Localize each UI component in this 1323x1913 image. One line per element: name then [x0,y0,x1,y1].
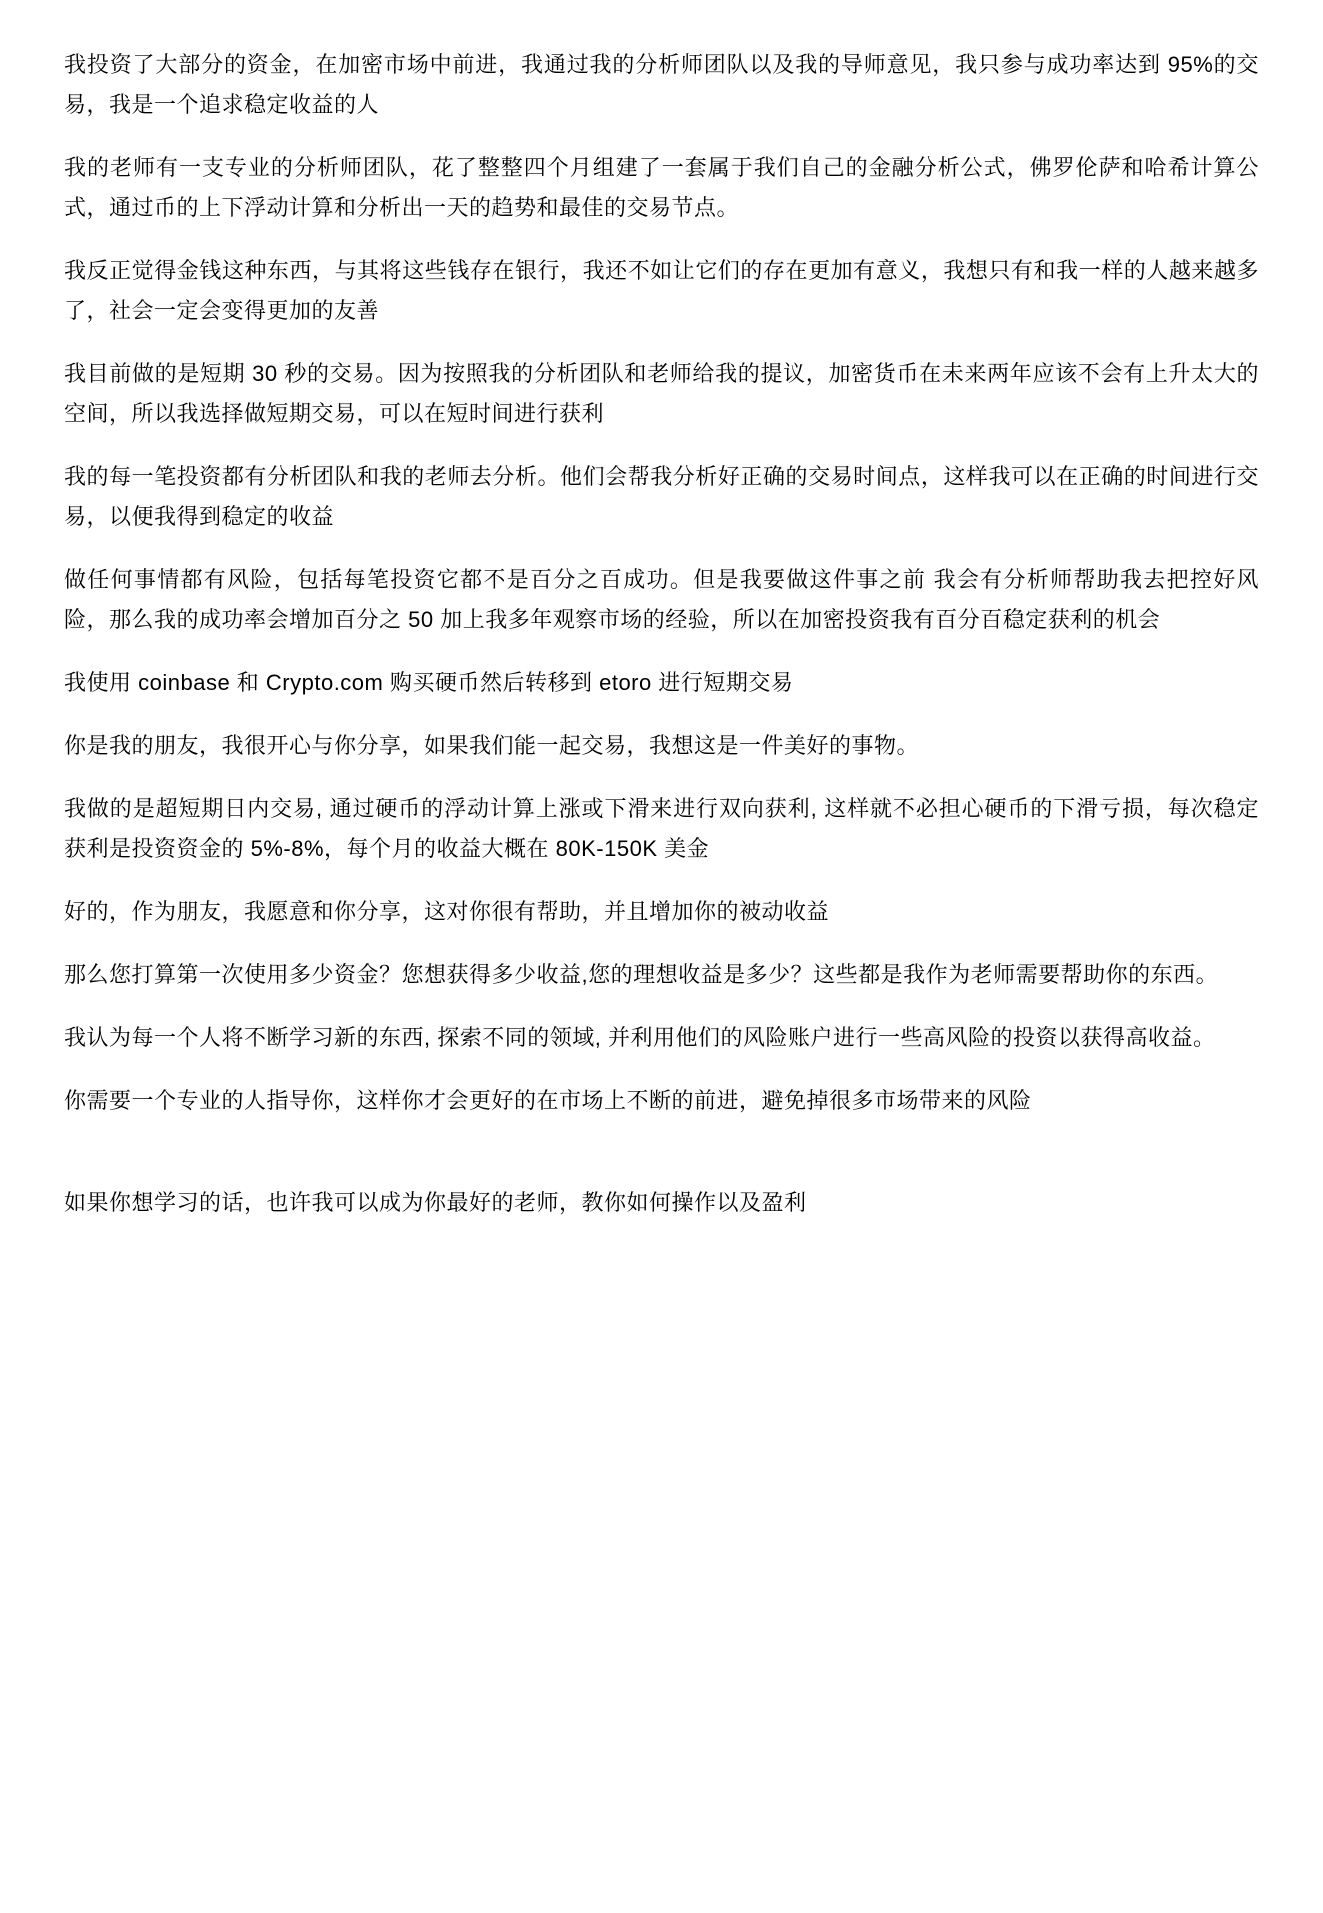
paragraph-investment-intro: 我投资了大部分的资金，在加密市场中前进，我通过我的分析师团队以及我的导师意见，我… [64,45,1259,125]
paragraph-intraday-profit: 我做的是超短期日内交易, 通过硬币的浮动计算上涨或下滑来进行双向获利, 这样就不… [64,789,1259,869]
paragraph-teacher-analyst-team: 我的老师有一支专业的分析师团队，花了整整四个月组建了一套属于我们自己的金融分析公… [64,148,1259,228]
paragraph-analysis-per-investment: 我的每一笔投资都有分析团队和我的老师去分析。他们会帮我分析好正确的交易时间点，这… [64,457,1259,537]
paragraph-willing-to-share: 好的，作为朋友，我愿意和你分享，这对你很有帮助，并且增加你的被动收益 [64,892,1259,932]
paragraph-risk-control: 做任何事情都有风险，包括每笔投资它都不是百分之百成功。但是我要做这件事之前 我会… [64,560,1259,640]
paragraph-funding-question: 那么您打算第一次使用多少资金？您想获得多少收益,您的理想收益是多少？这些都是我作… [64,955,1259,995]
paragraph-offer-to-teach: 如果你想学习的话，也许我可以成为你最好的老师，教你如何操作以及盈利 [64,1183,1259,1223]
paragraph-learning-new-things: 我认为每一个人将不断学习新的东西, 探索不同的领域, 并利用他们的风险账户进行一… [64,1018,1259,1058]
paragraph-need-professional-guide: 你需要一个专业的人指导你，这样你才会更好的在市场上不断的前进，避免掉很多市场带来… [64,1081,1259,1121]
paragraph-money-philosophy: 我反正觉得金钱这种东西，与其将这些钱存在银行，我还不如让它们的存在更加有意义，我… [64,251,1259,331]
document-page: 我投资了大部分的资金，在加密市场中前进，我通过我的分析师团队以及我的导师意见，我… [0,0,1323,1913]
paragraph-friend-sharing: 你是我的朋友，我很开心与你分享，如果我们能一起交易，我想这是一件美好的事物。 [64,726,1259,766]
paragraph-platforms-used: 我使用 coinbase 和 Crypto.com 购买硬币然后转移到 etor… [64,663,1259,703]
paragraph-short-term-trading: 我目前做的是短期 30 秒的交易。因为按照我的分析团队和老师给我的提议，加密货币… [64,354,1259,434]
